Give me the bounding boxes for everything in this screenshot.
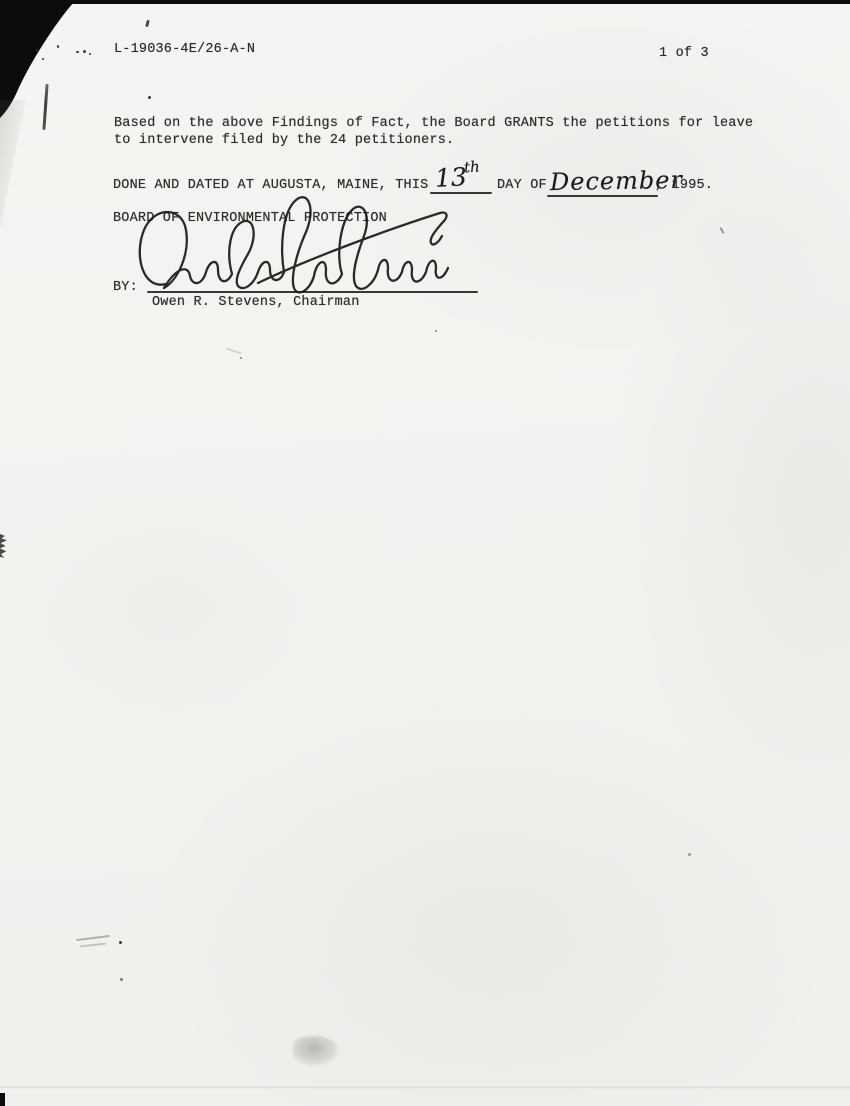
scan-speck [76,51,79,53]
scan-speck [119,941,122,944]
handwritten-day-suffix: th [463,157,480,176]
scan-shadow-blob [293,1036,339,1066]
scan-edge-bottom-left [0,1093,5,1106]
body-paragraph-line-2: to intervene filed by the 24 petitioners… [114,133,454,148]
page-indicator: 1 of 3 [659,46,709,61]
date-line-suffix: , 1995. [655,178,713,193]
scan-speck [148,96,151,99]
date-line-prefix: DONE AND DATED AT AUGUSTA, MAINE, THIS [113,178,428,193]
handwritten-day: 13 [434,162,467,193]
scan-speck [36,49,38,51]
scan-speck [76,935,110,941]
paper-crease [0,1086,850,1089]
scan-speck [226,348,242,354]
scan-speck [42,58,44,60]
scan-speck [80,943,106,947]
scanned-document-page: L-19036-4E/26-A-N 1 of 3 Based on the ab… [0,0,850,1106]
scan-speck [83,50,86,53]
scan-speck [89,53,91,55]
scan-edge-top [0,0,850,4]
scan-speck [719,227,724,234]
edge-scribble-mark [0,534,7,558]
scan-speck [145,20,150,28]
scan-speck [435,330,437,332]
scan-speck [240,357,242,359]
chairman-signature [130,192,470,306]
month-underline [547,195,658,197]
body-paragraph-line-1: Based on the above Findings of Fact, the… [114,116,753,131]
scan-speck [688,853,691,856]
scan-speck [57,45,59,48]
scan-speck [120,978,123,981]
document-number: L-19036-4E/26-A-N [114,42,255,57]
date-line-middle: DAY OF [497,178,547,193]
